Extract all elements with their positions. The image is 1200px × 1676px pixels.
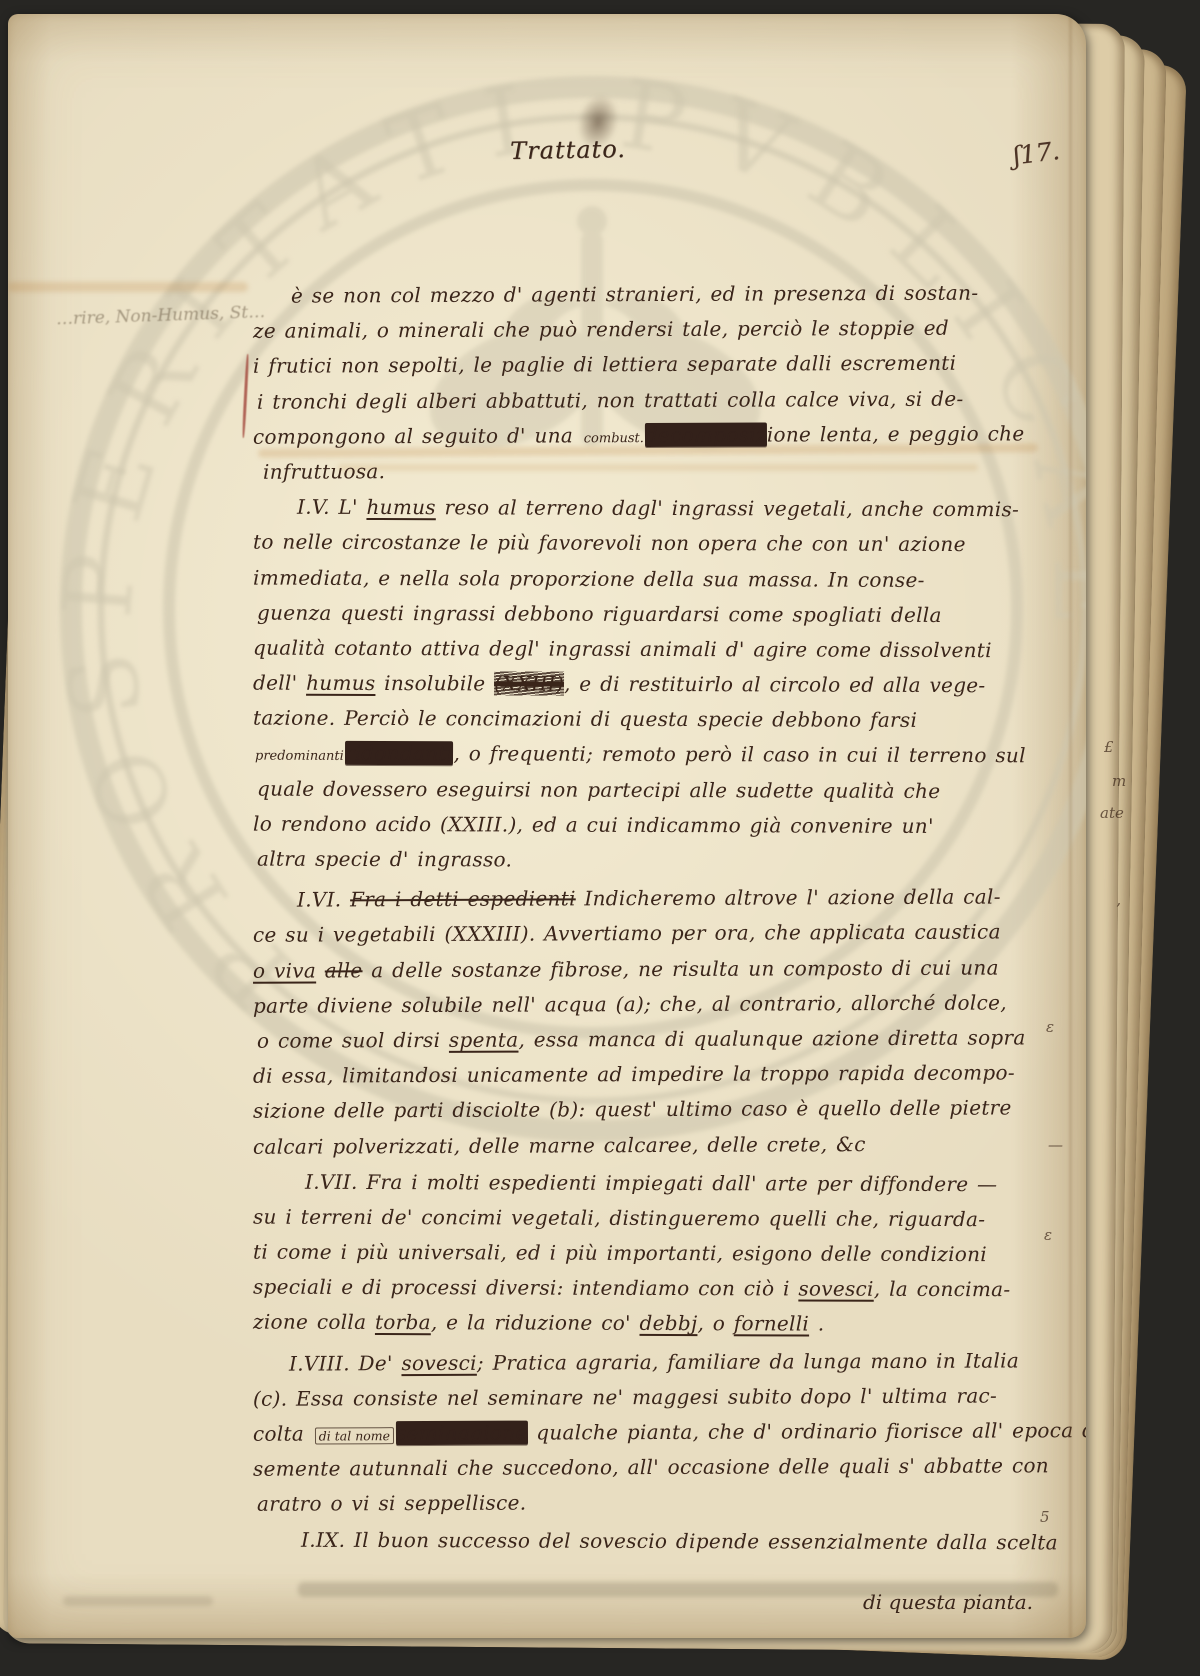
manuscript-line: è se non col mezzo d' agenti stranieri, … [253, 280, 1065, 319]
manuscript-line: lo rendono acido (XXIII.), ed a cui indi… [253, 811, 1065, 849]
manuscript-page: PROSPERITATI PVBLICAE …rire, Non-Humus, … [8, 14, 1086, 1638]
manuscript-line: tazione. Perciò le concimazioni di quest… [253, 706, 1065, 744]
edge-mark: ε [1046, 1018, 1054, 1036]
manuscript-line: I.VII. Fra i molti espedienti impiegati … [253, 1169, 1065, 1207]
manuscript-line: aratro o vi si seppellisce. [253, 1489, 1065, 1528]
edge-mark: m [1112, 772, 1126, 790]
section-I-VII: I.VII. Fra i molti espedienti impiegati … [253, 1171, 1065, 1347]
manuscript-line: o come suol dirsi spenta, essa manca di … [253, 1025, 1065, 1064]
manuscript-line: zione colla torba, e la riduzione co' de… [253, 1310, 1065, 1348]
manuscript-line: qualità cotanto attiva degl' ingrassi an… [253, 635, 1065, 673]
manuscript-line: quale dovessero eseguirsi non partecipi … [253, 776, 1065, 814]
page-number: ʃ17. [1012, 131, 1086, 171]
manuscript-line: immediata, e nella sola proporzione dell… [253, 565, 1065, 603]
manuscript-line: o viva alle a delle sostanze fibrose, ne… [253, 955, 1065, 994]
manuscript-line: colta di tal nomeseminagione qualche pia… [253, 1418, 1065, 1457]
manuscript-line: ce su i vegetabili (XXXIII). Avvertiamo … [253, 920, 1065, 959]
manuscript-line: I.V. L' humus reso al terreno dagl' ingr… [253, 495, 1065, 533]
edge-mark: 5 [1040, 1508, 1050, 1526]
manuscript-line: I.VI. Fra i detti espedienti Indicheremo… [253, 884, 1065, 923]
manuscript-line: sizione delle parti disciolte (b): quest… [253, 1096, 1065, 1135]
manuscript-line: to nelle circostanze le più favorevoli n… [253, 530, 1065, 568]
manuscript-line: compongono al seguito d' una combust.dec… [253, 421, 1065, 460]
edge-mark: ’ [1116, 900, 1121, 918]
page-title: Trattato. [428, 134, 708, 167]
edge-mark: ate [1100, 804, 1124, 822]
edge-mark: £ [1104, 738, 1114, 756]
manuscript-line: speciali e di processi diversi: intendia… [253, 1275, 1065, 1313]
section-I-VI: I.VI. Fra i detti espedienti Indicheremo… [253, 886, 1065, 1168]
manuscript-line: (c). Essa consiste nel seminare ne' magg… [253, 1383, 1065, 1422]
manuscript-line: guenza questi ingrassi debbono riguardar… [253, 600, 1065, 638]
section-I-V: I.V. L' humus reso al terreno dagl' ingr… [253, 496, 1065, 883]
manuscript-line: su i terreni de' concimi vegetali, disti… [253, 1204, 1065, 1242]
manuscript-line: di essa, limitandosi unicamente ad imped… [253, 1060, 1065, 1099]
red-margin-mark [242, 354, 249, 438]
manuscript-line: ti come i più universali, ed i più impor… [253, 1240, 1065, 1278]
ochre-smudge [8, 282, 248, 292]
manuscript-line: semente autunnali che succedono, all' oc… [253, 1453, 1065, 1492]
manuscript-line: parte diviene solubile nell' acqua (a); … [253, 990, 1065, 1029]
manuscript-line: infruttuosa. [253, 456, 1065, 495]
edge-mark: — [1048, 1136, 1063, 1154]
manuscript-line: I.VIII. De' sovesci; Pratica agraria, fa… [253, 1348, 1065, 1387]
manuscript-line: altra specie d' ingrasso. [253, 847, 1065, 885]
manuscript-line: i tronchi degli alberi abbattuti, non tr… [253, 386, 1065, 425]
manuscript-line: calcari polverizzati, delle marne calcar… [253, 1131, 1065, 1170]
catchword: di questa pianta. [863, 1590, 1033, 1614]
section-I-VIII: I.VIII. De' sovesci; Pratica agraria, fa… [253, 1350, 1065, 1526]
margin-note: …rire, Non-Humus, St… [56, 303, 257, 330]
bleed-through-line [63, 1596, 213, 1606]
paragraph-continuation: è se non col mezzo d' agenti stranieri, … [253, 282, 1065, 493]
manuscript-line: I.IX. Il buon successo del sovescio dipe… [253, 1527, 1065, 1565]
manuscript-line: dell' humus insolubile (XXIII), e di res… [253, 671, 1065, 709]
manuscript-line: i frutici non sepolti, le paglie di lett… [253, 351, 1065, 390]
section-I-IX: I.IX. Il buon successo del sovescio dipe… [253, 1529, 1065, 1564]
edge-mark: ε [1044, 1226, 1052, 1244]
scanned-book-photo: { "colors":{"background":"#272623","pape… [0, 0, 1200, 1676]
manuscript-line: predominantiridondanti, o frequenti; rem… [253, 741, 1065, 779]
manuscript-line: ze animali, o minerali che può rendersi … [253, 315, 1065, 354]
manuscript-text: è se non col mezzo d' agenti stranieri, … [253, 282, 1065, 1567]
